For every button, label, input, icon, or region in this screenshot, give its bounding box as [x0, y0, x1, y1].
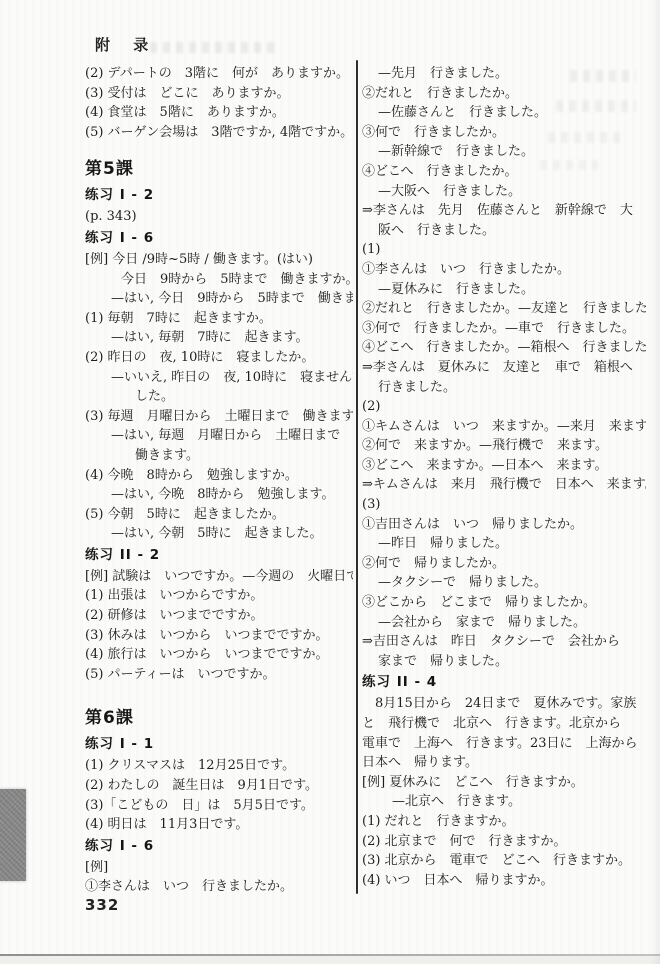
- text-line: 阪へ 行きました。: [362, 221, 646, 241]
- lesson-heading: 第6課: [85, 706, 353, 730]
- exercise-heading: 练习 II - 4: [362, 672, 646, 693]
- text-line: (1) 毎朝 7時に 起きますか。: [85, 309, 353, 329]
- textbook-page: 附 录 (2) デパートの 3階に 何が ありますか。(3) 受付は どこに あ…: [0, 0, 660, 964]
- text-line: 今日 9時から 5時まで 働きますか。: [85, 270, 353, 290]
- text-line: [例] 試験は いつですか。—今週の 火曜日です。: [85, 567, 353, 587]
- text-line: 日本へ 帰ります。: [362, 753, 646, 773]
- text-line: —会社から 家まで 帰りました。: [362, 613, 646, 633]
- text-line: ④どこへ 行きましたか。: [362, 162, 646, 182]
- text-line: ②何で 来ますか。—飛行機で 来ます。: [362, 436, 646, 456]
- text-line: —タクシーで 帰りました。: [362, 573, 646, 593]
- text-line: ⇒李さんは 先月 佐藤さんと 新幹線で 大: [362, 201, 646, 221]
- text-line: 8月15日から 24日まで 夏休みです。家族: [362, 694, 646, 714]
- text-line: 働きます。: [85, 446, 353, 466]
- text-line: ①キムさんは いつ 来ますか。—来月 来ます。: [362, 417, 646, 437]
- exercise-heading: 练习 II - 2: [85, 545, 353, 566]
- text-line: ①吉田さんは いつ 帰りましたか。: [362, 515, 646, 535]
- text-line: —はい, 今朝 5時に 起きました。: [85, 524, 353, 544]
- exercise-heading: 练习 I - 1: [85, 734, 353, 755]
- text-line: (4) 食堂は 5階に ありますか。: [85, 103, 353, 123]
- text-line: ③どこから どこまで 帰りましたか。: [362, 593, 646, 613]
- text-line: —新幹線で 行きました。: [362, 142, 646, 162]
- text-line: (5) バーゲン会場は 3階ですか, 4階ですか。: [85, 123, 353, 143]
- text-line: (3): [362, 495, 646, 515]
- text-line: (4) いつ 日本へ 帰りますか。: [362, 871, 646, 891]
- left-text-column: (2) デパートの 3階に 何が ありますか。(3) 受付は どこに ありますか…: [85, 64, 353, 894]
- exercise-heading: 练习 I - 6: [85, 836, 353, 857]
- text-line: (3) 北京から 電車で どこへ 行きますか。: [362, 851, 646, 871]
- text-line: ⇒キムさんは 来月 飛行機で 日本へ 来ます。: [362, 475, 646, 495]
- text-line: —先月 行きました。: [362, 64, 646, 84]
- text-line: [例] 夏休みに どこへ 行きますか。: [362, 773, 646, 793]
- text-line: (1) 出張は いつからですか。: [85, 586, 353, 606]
- text-line: 家まで 帰りました。: [362, 652, 646, 672]
- text-line: ②だれと 行きましたか。—友達と 行きました。: [362, 299, 646, 319]
- right-text-column: —先月 行きました。②だれと 行きましたか。—佐藤さんと 行きました。③何で 行…: [362, 64, 646, 894]
- ink-bleed-smudge: [150, 42, 280, 53]
- page-edge-shadow: [650, 0, 660, 964]
- text-line: ①李さんは いつ 行きましたか。: [85, 877, 353, 894]
- text-line: (p. 343): [85, 207, 353, 227]
- text-line: [例] 今日 /9時~5時 / 働きます。(はい): [85, 250, 353, 270]
- running-header: 附 录: [95, 34, 157, 55]
- text-line: ④どこへ 行きましたか。—箱根へ 行きました。: [362, 338, 646, 358]
- text-line: (2) 北京まで 何で 行きますか。: [362, 832, 646, 852]
- text-line: (1) クリスマスは 12月25日です。: [85, 756, 353, 776]
- text-line: —大阪へ 行きました。: [362, 182, 646, 202]
- text-line: (3) 毎週 月曜日から 土曜日まで 働きますか。: [85, 407, 353, 427]
- text-line: ⇒李さんは 夏休みに 友達と 車で 箱根へ: [362, 358, 646, 378]
- text-line: (5) 今朝 5時に 起きましたか。: [85, 505, 353, 525]
- text-line: ①李さんは いつ 行きましたか。: [362, 260, 646, 280]
- text-line: (2) わたしの 誕生日は 9月1日です。: [85, 776, 353, 796]
- text-line: (4) 旅行は いつから いつまでですか。: [85, 645, 353, 665]
- text-line: (5) パーティーは いつですか。: [85, 665, 353, 685]
- page-edge-shadow: [0, 956, 660, 964]
- text-line: [例]: [85, 858, 353, 878]
- lesson-heading: 第5課: [85, 157, 353, 181]
- text-line: した。: [85, 387, 353, 407]
- text-line: (2): [362, 397, 646, 417]
- text-line: ②何で 帰りましたか。: [362, 554, 646, 574]
- text-line: (1): [362, 240, 646, 260]
- text-line: (2) デパートの 3階に 何が ありますか。: [85, 64, 353, 84]
- text-line: (3) 休みは いつから いつまでですか。: [85, 626, 353, 646]
- text-line: (2) 昨日の 夜, 10時に 寝ましたか。: [85, 348, 353, 368]
- text-line: (4) 明日は 11月3日です。: [85, 815, 353, 835]
- exercise-heading: 练习 I - 6: [85, 228, 353, 249]
- text-line: —はい, 今日 9時から 5時まで 働きます。: [85, 289, 353, 309]
- text-line: 行きました。: [362, 378, 646, 398]
- text-line: ③どこへ 来ますか。—日本へ 来ます。: [362, 456, 646, 476]
- text-line: と 飛行機で 北京へ 行きます。北京から: [362, 714, 646, 734]
- text-line: —佐藤さんと 行きました。: [362, 103, 646, 123]
- text-line: —北京へ 行きます。: [362, 792, 646, 812]
- text-line: —夏休みに 行きました。: [362, 280, 646, 300]
- text-line: —はい, 毎朝 7時に 起きます。: [85, 328, 353, 348]
- page-number: 332: [85, 896, 119, 914]
- text-line: (3)「こどもの 日」は 5月5日です。: [85, 796, 353, 816]
- text-line: (2) 研修は いつまでですか。: [85, 606, 353, 626]
- text-line: ⇒吉田さんは 昨日 タクシーで 会社から: [362, 632, 646, 652]
- text-line: (4) 今晩 8時から 勉強しますか。: [85, 466, 353, 486]
- text-line: —いいえ, 昨日の 夜, 10時に 寝ませんで: [85, 368, 353, 388]
- text-line: —はい, 毎週 月曜日から 土曜日まで: [85, 426, 353, 446]
- text-line: —はい, 今晩 8時から 勉強します。: [85, 485, 353, 505]
- text-line: —昨日 帰りました。: [362, 534, 646, 554]
- exercise-heading: 练习 I - 2: [85, 185, 353, 206]
- text-line: ③何で 行きましたか。: [362, 123, 646, 143]
- thumb-index-tab: [0, 789, 26, 881]
- text-line: ②だれと 行きましたか。: [362, 84, 646, 104]
- text-line: ③何で 行きましたか。—車で 行きました。: [362, 319, 646, 339]
- column-divider-rule: [356, 60, 358, 894]
- text-line: 電車で 上海へ 行きます。23日に 上海から: [362, 734, 646, 754]
- text-line: (3) 受付は どこに ありますか。: [85, 84, 353, 104]
- text-line: (1) だれと 行きますか。: [362, 812, 646, 832]
